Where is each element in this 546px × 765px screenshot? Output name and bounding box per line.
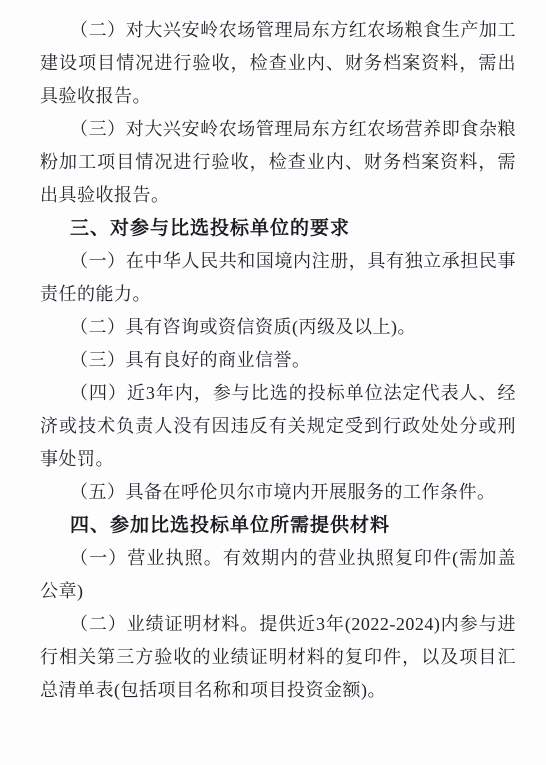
section-4: 四、参加比选投标单位所需提供材料 bbox=[40, 509, 516, 542]
material-item-2: （二）业绩证明材料。提供近3年(2022-2024)内参与进 行相关第三方验收的… bbox=[40, 608, 516, 707]
text-line: （二）对大兴安岭农场管理局东方红农场粮食生产加工 bbox=[40, 14, 516, 47]
section-heading-4: 四、参加比选投标单位所需提供材料 bbox=[40, 509, 516, 542]
paragraph-item-3: （三）对大兴安岭农场管理局东方红农场营养即食杂粮 粉加工项目情况进行验收，检查业… bbox=[40, 113, 516, 212]
document-page: （二）对大兴安岭农场管理局东方红农场粮食生产加工 建设项目情况进行验收，检查业内… bbox=[0, 0, 546, 765]
section-3: 三、对参与比选投标单位的要求 bbox=[40, 212, 516, 245]
text-line: 济或技术负责人没有因违反有关规定受到行政处处分或刑 bbox=[40, 410, 516, 443]
text-line: 责任的能力。 bbox=[40, 278, 516, 311]
requirement-item-4: （四）近3年内，参与比选的投标单位法定代表人、经 济或技术负责人没有因违反有关规… bbox=[40, 377, 516, 476]
material-item-1: （一）营业执照。有效期内的营业执照复印件(需加盖 公章) bbox=[40, 542, 516, 608]
requirement-item-3: （三）具有良好的商业信誉。 bbox=[40, 344, 516, 377]
text-line: （四）近3年内，参与比选的投标单位法定代表人、经 bbox=[40, 377, 516, 410]
text-line: 行相关第三方验收的业绩证明材料的复印件，以及项目汇 bbox=[40, 641, 516, 674]
text-line: 粉加工项目情况进行验收，检查业内、财务档案资料，需 bbox=[40, 146, 516, 179]
text-line: （五）具备在呼伦贝尔市境内开展服务的工作条件。 bbox=[40, 476, 516, 509]
requirement-item-1: （一）在中华人民共和国境内注册，具有独立承担民事 责任的能力。 bbox=[40, 245, 516, 311]
text-line: （一）在中华人民共和国境内注册，具有独立承担民事 bbox=[40, 245, 516, 278]
text-line: 出具验收报告。 bbox=[40, 179, 516, 212]
text-line: 事处罚。 bbox=[40, 443, 516, 476]
text-line: （三）对大兴安岭农场管理局东方红农场营养即食杂粮 bbox=[40, 113, 516, 146]
text-line: 具验收报告。 bbox=[40, 80, 516, 113]
text-line: （二）具有咨询或资信资质(丙级及以上)。 bbox=[40, 311, 516, 344]
text-line: 公章) bbox=[40, 575, 516, 608]
paragraph-item-2: （二）对大兴安岭农场管理局东方红农场粮食生产加工 建设项目情况进行验收，检查业内… bbox=[40, 14, 516, 113]
text-line: （三）具有良好的商业信誉。 bbox=[40, 344, 516, 377]
requirement-item-5: （五）具备在呼伦贝尔市境内开展服务的工作条件。 bbox=[40, 476, 516, 509]
text-line: （二）业绩证明材料。提供近3年(2022-2024)内参与进 bbox=[40, 608, 516, 641]
section-heading-3: 三、对参与比选投标单位的要求 bbox=[40, 212, 516, 245]
text-line: 建设项目情况进行验收，检查业内、财务档案资料，需出 bbox=[40, 47, 516, 80]
requirement-item-2: （二）具有咨询或资信资质(丙级及以上)。 bbox=[40, 311, 516, 344]
text-line: 总清单表(包括项目名称和项目投资金额)。 bbox=[40, 674, 516, 707]
text-line: （一）营业执照。有效期内的营业执照复印件(需加盖 bbox=[40, 542, 516, 575]
